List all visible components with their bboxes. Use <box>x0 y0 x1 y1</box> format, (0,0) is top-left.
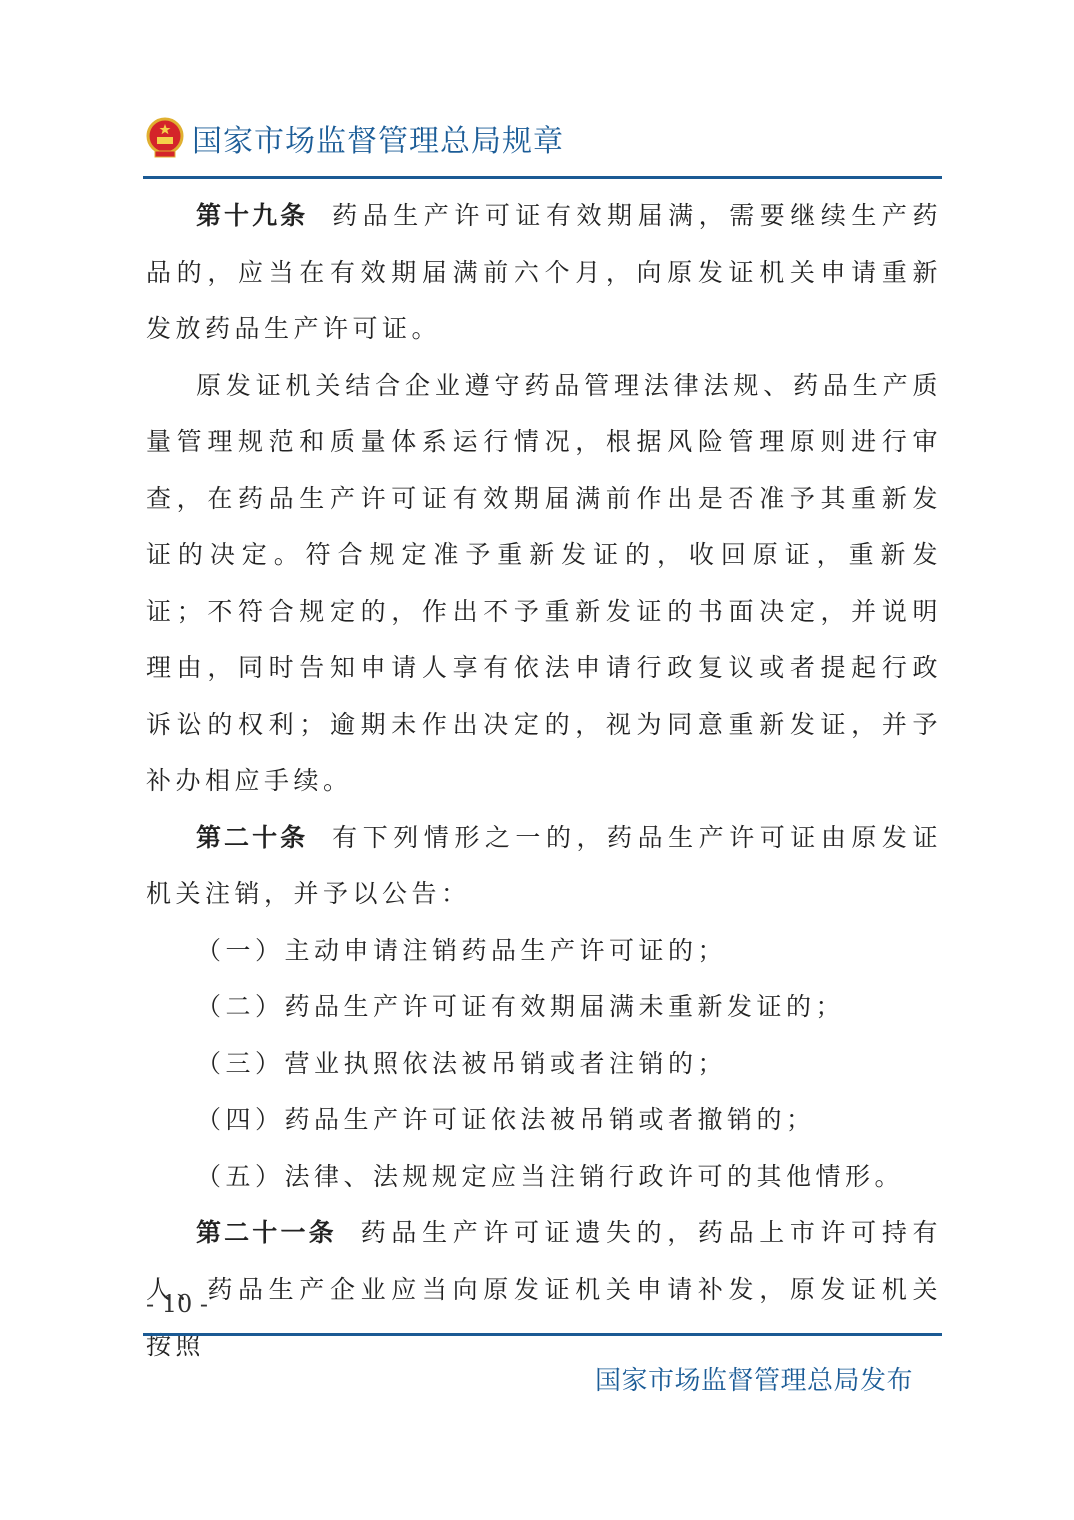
article-label: 第十九条 <box>196 201 308 230</box>
article-20-p1: 第二十条有下列情形之一的，药品生产许可证由原发证机关注销，并予以公告： <box>146 810 942 923</box>
list-item: （五）法律、法规规定应当注销行政许可的其他情形。 <box>146 1149 942 1206</box>
header-rule <box>143 176 942 179</box>
article-21-p1: 第二十一条药品生产许可证遗失的，药品上市许可持有人、药品生产企业应当向原发证机关… <box>146 1205 942 1375</box>
national-emblem-icon <box>146 117 184 159</box>
list-item: （一）主动申请注销药品生产许可证的； <box>146 923 942 980</box>
page-number: - 10 - <box>146 1290 208 1318</box>
article-label: 第二十一条 <box>196 1218 337 1247</box>
list-item: （二）药品生产许可证有效期届满未重新发证的； <box>146 979 942 1036</box>
document-header: 国家市场监督管理总局规章 <box>146 116 564 160</box>
list-item: （三）营业执照依法被吊销或者注销的； <box>146 1036 942 1093</box>
header-title: 国家市场监督管理总局规章 <box>192 116 564 160</box>
footer-rule <box>143 1333 942 1336</box>
list-item: （四）药品生产许可证依法被吊销或者撤销的； <box>146 1092 942 1149</box>
document-body: 第十九条药品生产许可证有效期届满，需要继续生产药品的，应当在有效期届满前六个月，… <box>146 188 942 1375</box>
article-19-p2: 原发证机关结合企业遵守药品管理法律法规、药品生产质量管理规范和质量体系运行情况，… <box>146 358 942 810</box>
article-19-p1: 第十九条药品生产许可证有效期届满，需要继续生产药品的，应当在有效期届满前六个月，… <box>146 188 942 358</box>
footer-publisher: 国家市场监督管理总局发布 <box>595 1360 913 1397</box>
article-label: 第二十条 <box>196 823 308 852</box>
